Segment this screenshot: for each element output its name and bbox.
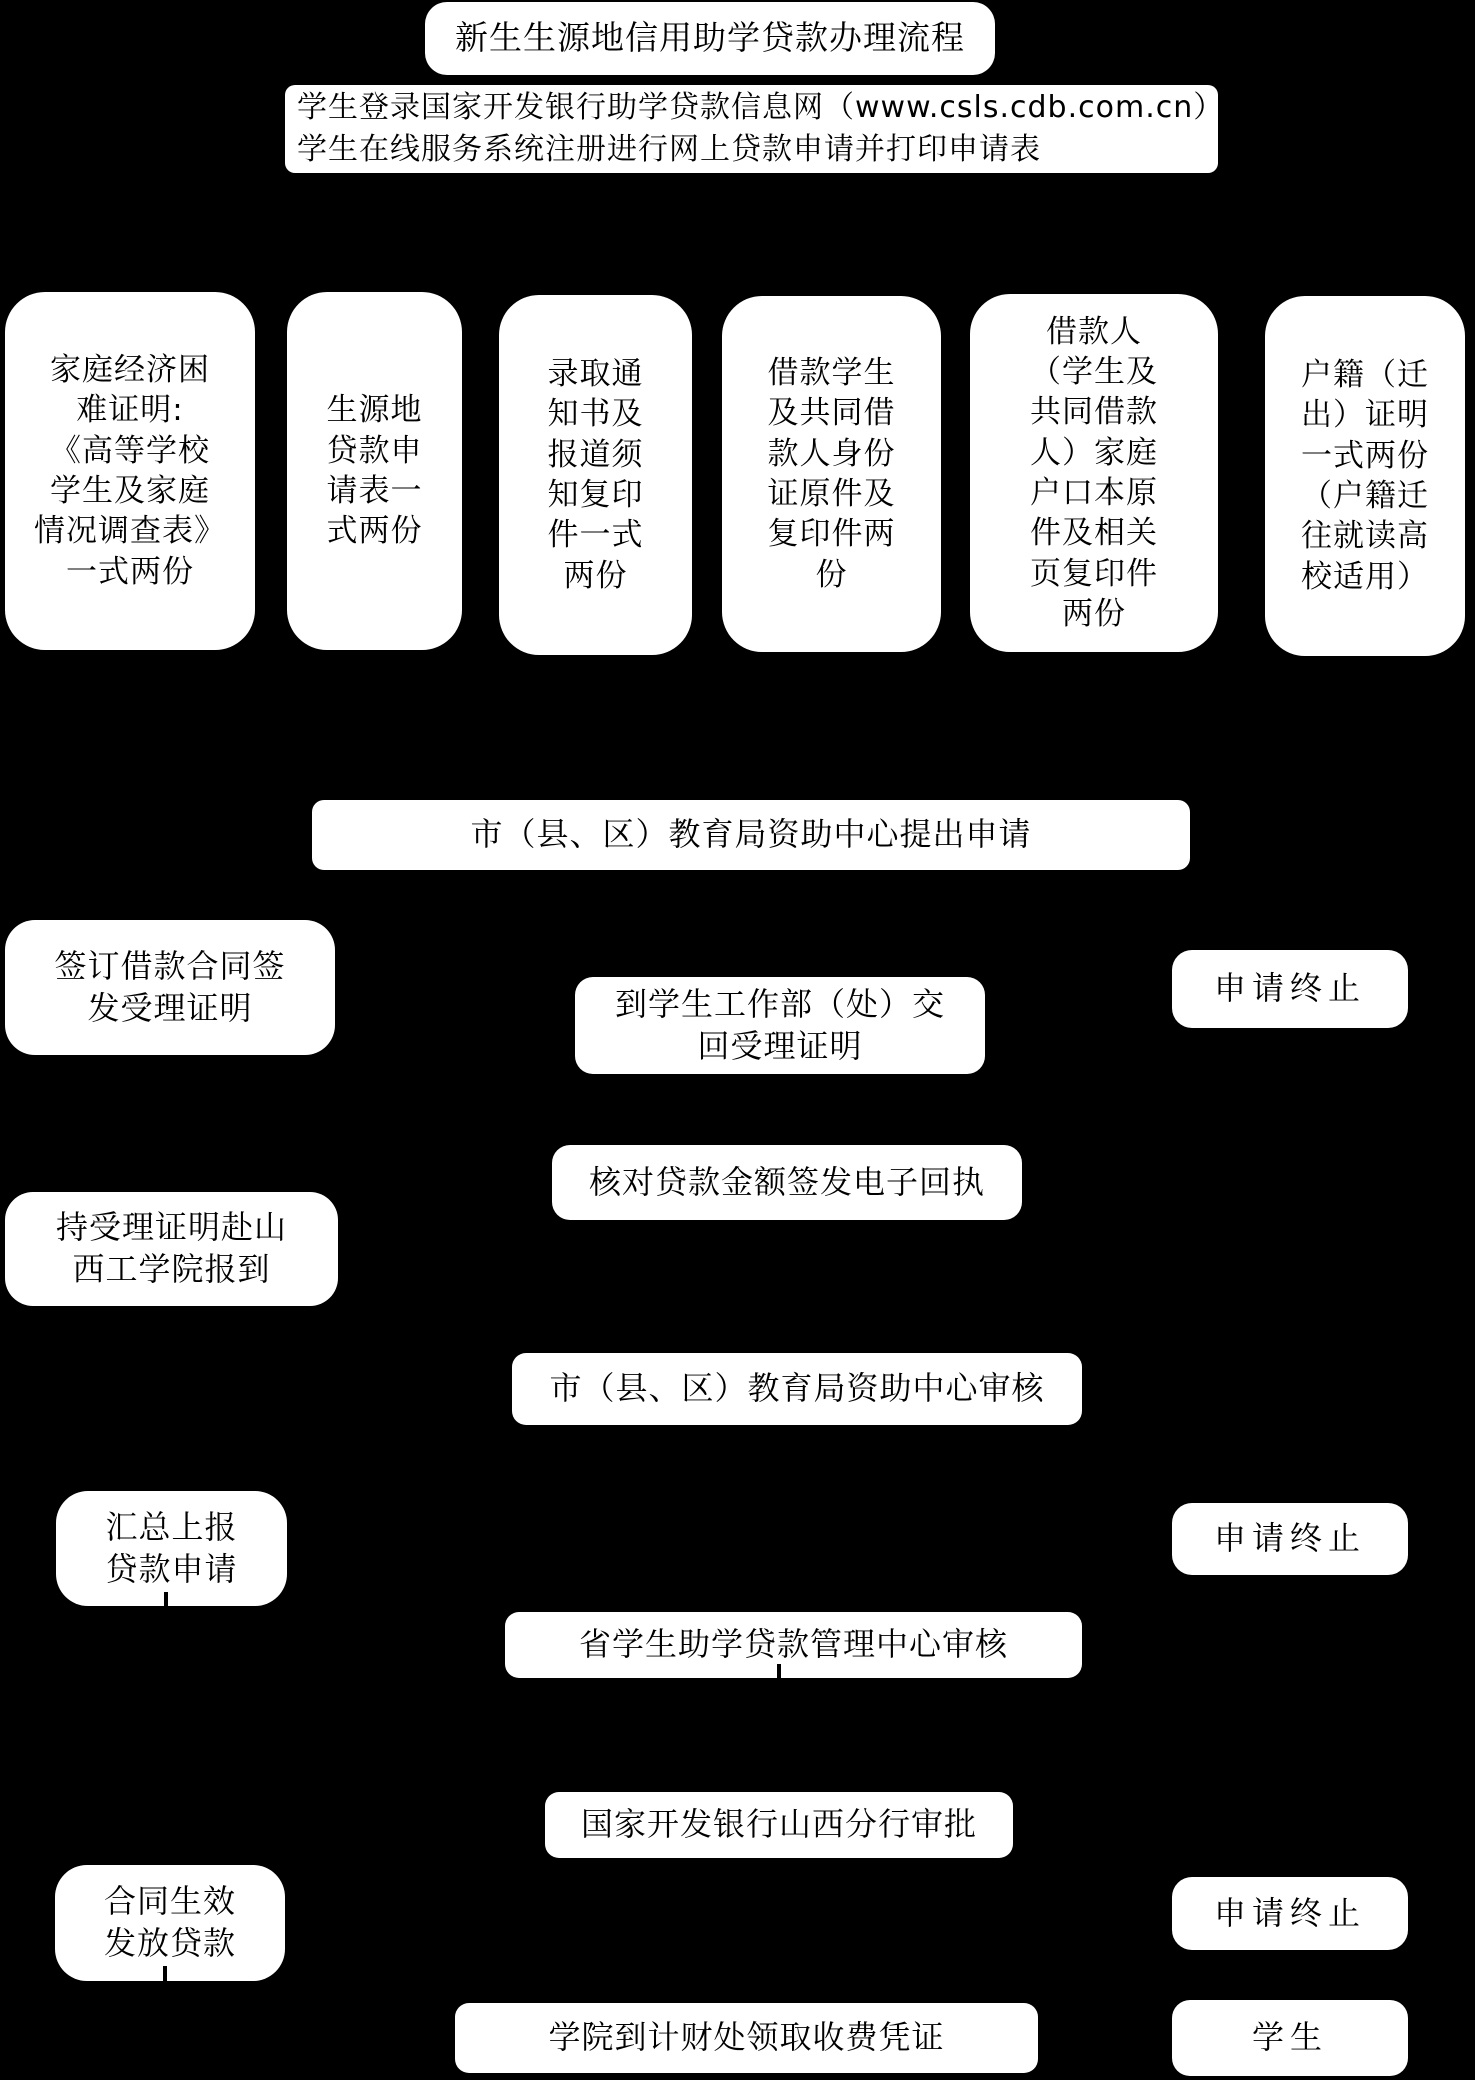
node-material-household-register: 借款人 （学生及 共同借款 人）家庭 户口本原 件及相关 页复印件 两份 (970, 294, 1218, 652)
node-material-family-hardship-cert: 家庭经济困 难证明: 《高等学校 学生及家庭 情况调查表》 一式两份 (5, 292, 255, 650)
connector-tick-contract (163, 1966, 167, 1996)
node-material-id-cards: 借款学生 及共同借 款人身份 证原件及 复印件两 份 (722, 296, 941, 652)
node-terminate-1: 申请终止 (1172, 950, 1408, 1028)
node-sign-contract: 签订借款合同签 发受理证明 (5, 920, 335, 1055)
node-terminate-3: 申请终止 (1172, 1877, 1408, 1950)
node-cdb-shanxi-branch-approval: 国家开发银行山西分行审批 (545, 1792, 1013, 1858)
node-online-registration: 学生登录国家开发银行助学贷款信息网（www.csls.cdb.com.cn） 学… (285, 85, 1218, 173)
node-return-acceptance-cert: 到学生工作部（处）交 回受理证明 (575, 977, 985, 1074)
node-terminate-2: 申请终止 (1172, 1503, 1408, 1575)
node-college-fee-receipt: 学院到计财处领取收费凭证 (455, 2003, 1038, 2073)
node-province-loan-center-review: 省学生助学贷款管理中心审核 (505, 1612, 1082, 1678)
node-student: 学生 (1172, 2000, 1408, 2076)
node-material-admission-notice: 录取通 知书及 报道须 知复印 件一式 两份 (499, 295, 692, 655)
connector-tick-province (777, 1664, 781, 1692)
node-material-loan-application-form: 生源地 贷款申 请表一 式两份 (287, 292, 462, 650)
node-city-education-bureau-review: 市（县、区）教育局资助中心审核 (512, 1353, 1082, 1425)
node-material-residence-cert: 户籍（迁 出）证明 一式两份 （户籍迁 往就读高 校适用） (1265, 296, 1465, 656)
connector-tick-summary (164, 1592, 168, 1618)
node-verify-loan-amount: 核对贷款金额签发电子回执 (552, 1145, 1022, 1220)
node-apply-education-bureau: 市（县、区）教育局资助中心提出申请 (312, 800, 1190, 870)
node-contract-effective-disburse: 合同生效 发放贷款 (55, 1865, 285, 1981)
flowchart-title: 新生生源地信用助学贷款办理流程 (425, 2, 995, 75)
node-summary-report-loan: 汇总上报 贷款申请 (56, 1491, 287, 1606)
node-report-to-college: 持受理证明赴山 西工学院报到 (5, 1192, 338, 1306)
